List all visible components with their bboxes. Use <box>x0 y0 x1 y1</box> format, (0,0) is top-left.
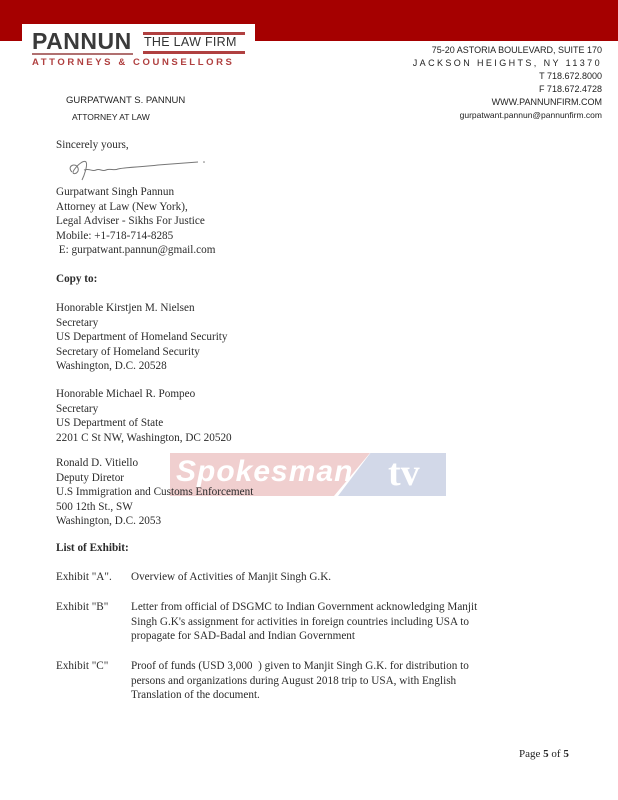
exhibit-label: Exhibit "B" <box>56 600 108 615</box>
recipient-line: Washington, D.C. 20528 <box>56 359 228 374</box>
attorney-name: GURPATWANT S. PANNUN <box>66 95 185 106</box>
fax: F 718.672.4728 <box>413 83 602 96</box>
exhibit-description: Proof of funds (USD 3,000 ) given to Man… <box>131 659 591 703</box>
recipient-line: US Department of Homeland Security <box>56 330 228 345</box>
exhibit-label: Exhibit "A". <box>56 570 112 585</box>
logo-rule <box>32 53 133 55</box>
recipient-line: 2201 C St NW, Washington, DC 20520 <box>56 431 232 446</box>
phone: T 718.672.8000 <box>413 70 602 83</box>
signer-role: Legal Adviser - Sikhs For Justice <box>56 214 215 229</box>
recipient-line: Secretary of Homeland Security <box>56 345 228 360</box>
website: WWW.PANNUNFIRM.COM <box>413 96 602 109</box>
recipient-line: US Department of State <box>56 416 232 431</box>
logo-tagline: ATTORNEYS & COUNSELLORS <box>32 57 235 68</box>
firm-email: gurpatwant.pannun@pannunfirm.com <box>413 109 602 122</box>
copy-to-heading: Copy to: <box>56 272 97 287</box>
exhibit-label: Exhibit "C" <box>56 659 108 674</box>
signer-mobile: Mobile: +1-718-714-8285 <box>56 229 215 244</box>
exhibit-list-heading: List of Exhibit: <box>56 541 129 556</box>
signer-name: Gurpatwant Singh Pannun <box>56 185 215 200</box>
watermark-tv: tv <box>388 451 420 495</box>
logo-brand: PANNUN <box>32 30 132 52</box>
recipient-line: Deputy Diretor <box>56 471 253 486</box>
firm-address-block: 75-20 ASTORIA BOULEVARD, SUITE 170 JACKS… <box>413 44 602 122</box>
recipient-line: 500 12th St., SW <box>56 500 253 515</box>
recipient-line: Secretary <box>56 402 232 417</box>
total-pages: 5 <box>563 748 569 760</box>
recipient-line: Secretary <box>56 316 228 331</box>
recipient-line: Honorable Michael R. Pompeo <box>56 387 232 402</box>
recipient-line: Ronald D. Vitiello <box>56 456 253 471</box>
attorney-title: ATTORNEY AT LAW <box>72 112 150 122</box>
recipient-line: Washington, D.C. 2053 <box>56 514 253 529</box>
address-line-1: 75-20 ASTORIA BOULEVARD, SUITE 170 <box>413 44 602 57</box>
recipient-line: U.S Immigration and Customs Enforcement <box>56 485 253 500</box>
signature-block: Gurpatwant Singh Pannun Attorney at Law … <box>56 185 215 258</box>
firm-logo: PANNUN THE LAW FIRM ATTORNEYS & COUNSELL… <box>22 24 255 72</box>
recipient-3: Ronald D. Vitiello Deputy Diretor U.S Im… <box>56 456 253 529</box>
signer-title: Attorney at Law (New York), <box>56 200 215 215</box>
exhibit-description: Overview of Activities of Manjit Singh G… <box>131 570 591 585</box>
recipient-2: Honorable Michael R. Pompeo Secretary US… <box>56 387 232 445</box>
address-line-2: JACKSON HEIGHTS, NY 11370 <box>413 57 602 70</box>
signature <box>62 156 212 182</box>
logo-firm-name: THE LAW FIRM <box>144 36 237 49</box>
recipient-line: Honorable Kirstjen M. Nielsen <box>56 301 228 316</box>
salutation: Sincerely yours, <box>56 138 129 153</box>
recipient-1: Honorable Kirstjen M. Nielsen Secretary … <box>56 301 228 374</box>
signer-email: E: gurpatwant.pannun@gmail.com <box>56 243 215 258</box>
exhibit-description: Letter from official of DSGMC to Indian … <box>131 600 591 644</box>
logo-bar-bottom <box>143 51 245 54</box>
page-number: Page 5 of 5 <box>519 748 569 760</box>
